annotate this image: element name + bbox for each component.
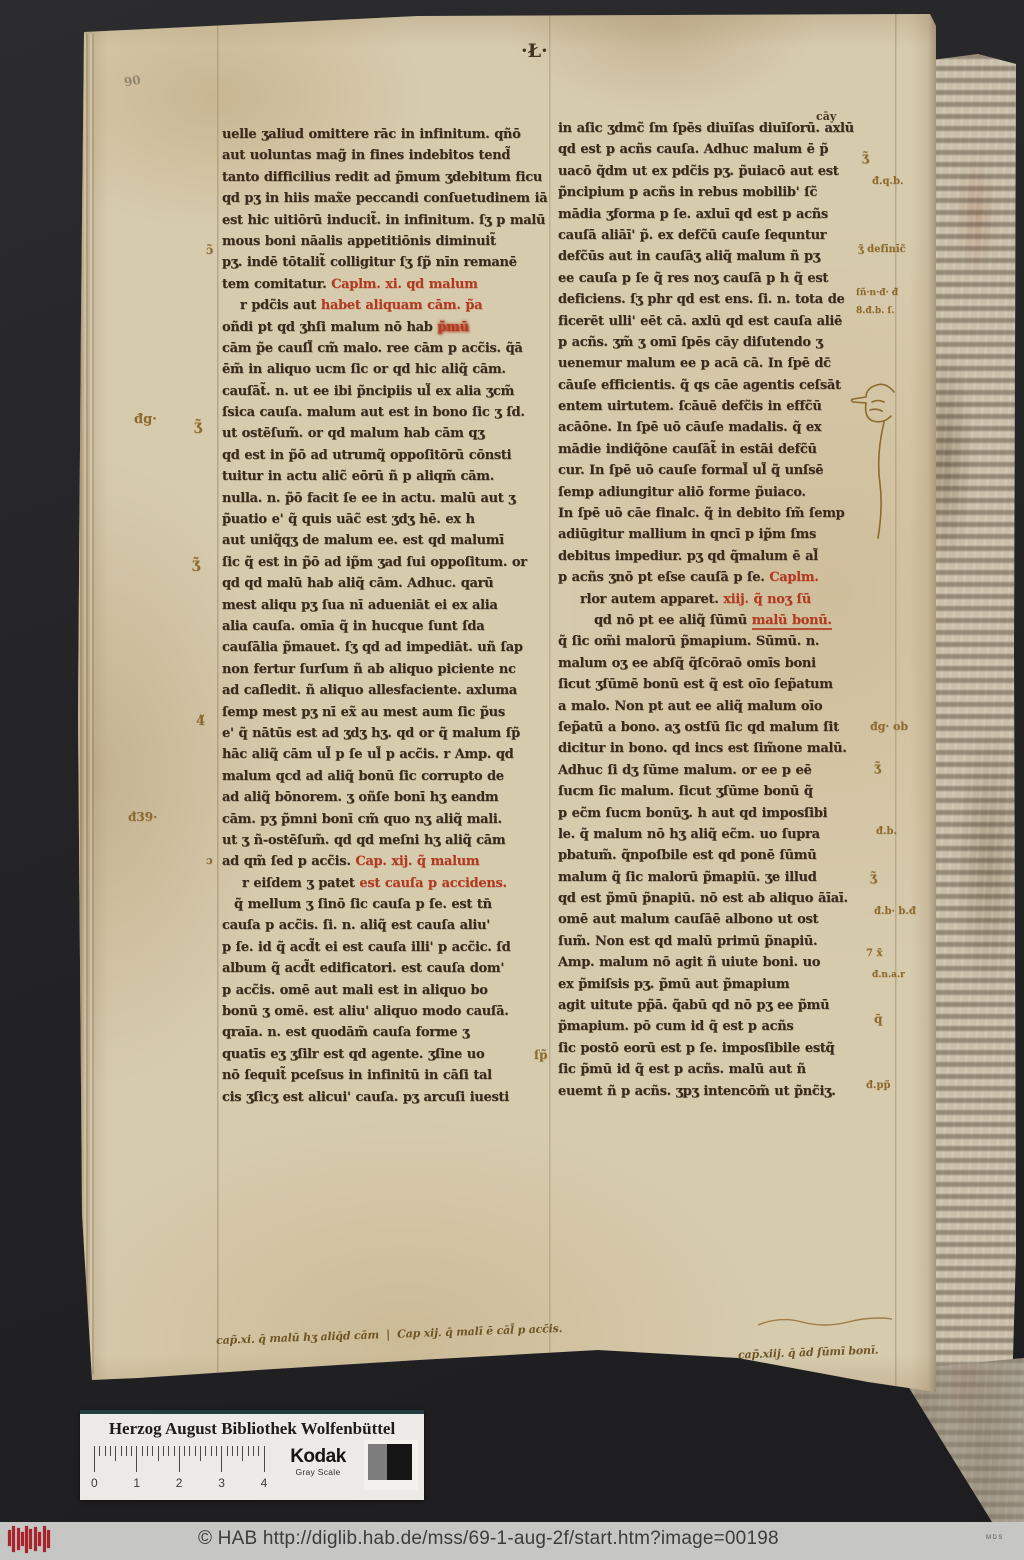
barcode-bar [47, 1530, 50, 1548]
text-line: le. q̃ malum nō hʒ aliq̃ ec̃m. uo ſupra [558, 824, 898, 845]
text-line: ēm̃ in aliquo ucm ſic or qd hic aliq̃ cā… [222, 359, 554, 380]
text-segment: p ſe. id q̃ acd̃t ei est cauſa illi' p a… [222, 940, 510, 955]
text-line: ſic p̃mū id q̃ est p acñs. malū aut ñ [558, 1059, 898, 1080]
text-segment: ſic q̃ est in p̃ō ad ip̃m ʒad ſui oppoſi… [222, 555, 527, 570]
bleedthrough-text-texture [928, 54, 1016, 1398]
ruler-tick [110, 1446, 111, 1456]
kodak-brand-label: Kodak [276, 1447, 360, 1467]
text-line: ex p̃miſsis pʒ. p̃mū aut p̃mapium [558, 974, 898, 995]
text-segment: In ſpē uō cāe finalc. q̃ in debito ſm̃ ſ… [558, 506, 844, 521]
text-line: cām. pʒ p̃mni bonī cm̃ quo nʒ aliq̃ mali… [222, 809, 554, 830]
text-line: ſsica cauſa. malum aut est in bono ſic ʒ… [222, 402, 554, 423]
text-segment: p̃ncipium p acñs in rebus mobilib' ſc̃ [558, 185, 817, 200]
text-segment: cāuſe efficientis. q̃ qs cāe agentis ceſ… [558, 378, 841, 393]
margin-annotation: đ.b. [876, 826, 897, 837]
text-segment: debitus impediur. pʒ qd q̃malum ē al̃ [558, 549, 818, 564]
text-line: cām p̃e cauſl̃ cm̃ malo. ree cām p acc̃i… [222, 338, 554, 359]
text-line: qd qd malū hab aliq̃ cām. Adhuc. qarū [222, 573, 554, 594]
text-line: Adhuc ſi dʒ ſūme malum. or ee p eē [558, 760, 898, 781]
rubric-segment: p̃mū [437, 320, 468, 335]
rubric-segment: Caplm. [769, 570, 818, 585]
text-line: qraīa. n. est quodām̃ cauſa forme ʒ [222, 1022, 554, 1043]
ruler-tick [94, 1446, 95, 1472]
barcode-bar [29, 1529, 32, 1549]
copyright-url-text: © HAB http://diglib.hab.de/mss/69-1-aug-… [198, 1528, 779, 1550]
text-segment: cām p̃e cauſl̃ cm̃ malo. ree cām p acc̃i… [222, 341, 523, 356]
ruler-number: 1 [133, 1476, 140, 1490]
red-registration-marks-icon [8, 1526, 64, 1556]
margin-annotation: ʒ̃ [870, 870, 877, 884]
text-segment: p̃uatio e' q̃ quis uāc̃ est ʒdʒ hē. ex h [222, 512, 475, 527]
ruler-tick [264, 1446, 265, 1472]
text-segment: e' q̃ nātūs est ad ʒdʒ hʒ. qd or q̃ malu… [222, 726, 520, 741]
text-line: qd est p̃mū p̃napiū. nō est ab aliquo āī… [558, 888, 898, 909]
margin-annotation: ʒ̃ [192, 556, 200, 572]
text-segment: ſic postō eorū est p ſe. imposſibile est… [558, 1041, 834, 1056]
text-line: ſicut ʒſūmē bonū est q̃ est oīo ſep̃atum [558, 674, 898, 695]
text-line: Amp. malum nō agit ñ uiute boni. uo [558, 952, 898, 973]
text-line: cis ʒſicʒ est alicui' cauſa. pʒ arcuſi i… [222, 1087, 554, 1108]
text-line: ſemp mest pʒ nī ex̃ au mest aum ſic p̃us [222, 702, 554, 723]
text-segment: ut ostēſum̃. or qd malum hab cām qʒ [222, 426, 484, 441]
text-line: In ſpē uō cāe finalc. q̃ in debito ſm̃ ſ… [558, 503, 898, 524]
text-segment: ſep̃atū a bono. aʒ ostſū ſic qd malum ſi… [558, 720, 839, 735]
centimeter-ruler: 01234 [94, 1446, 270, 1494]
text-segment: uelle ʒaliud omittere rāc in infinitum. … [222, 127, 521, 142]
text-line: mous boni nāalis appetitiōnis diminuit̃ [222, 231, 554, 252]
ruler-tick [174, 1446, 175, 1456]
margin-annotation: ɔ̃ [206, 243, 213, 257]
tiny-code-text: MDS [986, 1535, 1004, 1541]
barcode-bar [21, 1532, 24, 1546]
text-line: uenemur malum ee p acā cā. In ſpē dc̄ [558, 353, 898, 374]
text-line: cauſā aliāī' p̃. ex defc̃ū cauſe ſequntu… [558, 225, 898, 246]
text-line: debitus impediur. pʒ qd q̃malum ē al̃ [558, 546, 898, 567]
text-segment: ad qm̃ ſed p acc̃is. [222, 854, 355, 869]
text-line: euemt ñ p acñs. ʒpʒ intencōm̃ ut p̃nc̃iʒ… [558, 1081, 898, 1102]
text-line: tem comitatur. Caplm. xi. qd malum [222, 274, 554, 295]
ruler-tick [195, 1446, 196, 1456]
text-line: a malo. Non pt aut ee aliq̃ malum oīo [558, 696, 898, 717]
text-segment: tem comitatur. [222, 277, 331, 292]
text-line: cauſāt̃. n. ut ee ibi p̃ncipiis ul̃ ex a… [222, 381, 554, 402]
text-segment: ee cauſa p ſe q̃ res noʒ cauſā p h q̃ es… [558, 271, 828, 286]
barcode-bar [34, 1527, 37, 1551]
barcode-bar [43, 1526, 46, 1552]
text-segment: deficiens. ſʒ phr qd est ens. ſi. n. tot… [558, 292, 844, 307]
text-segment: ſum̃. Non est qd malū primū p̃napiū. [558, 934, 817, 949]
text-line: tanto difficilius redit ad p̃mum ʒdebitu… [222, 167, 554, 188]
text-segment: ex p̃miſsis pʒ. p̃mū aut p̃mapium [558, 977, 789, 992]
text-segment: uacō q̃dm ut ex pdc̃is pʒ. p̃uiacō aut e… [558, 164, 839, 179]
text-line: qd est in p̃ō ad utrumq̃ oppoſitōrū cōns… [222, 445, 554, 466]
text-segment: tuitur in actu alic̃ eōrū ñ p aliqm̃ cām… [222, 469, 494, 484]
text-line: alia cauſa. omīa q̃ in hucque ſunt ſda [222, 616, 554, 637]
text-segment: agit uitute pp̃ā. q̃abū qd nō pʒ ee p̃mū [558, 998, 829, 1013]
margin-annotation: đ.n.a.r [872, 970, 905, 980]
ruler-tick [131, 1446, 132, 1456]
text-line: bonū ʒ omē. est aliu' aliquo modo cauſā. [222, 1001, 554, 1022]
text-line: hāc aliq̃ cām ul̃ p ſe ul̃ p acc̃is. r A… [222, 744, 554, 765]
text-segment: ſsica cauſa. malum aut est in bono ſic ʒ… [222, 405, 525, 420]
ruler-tick [184, 1446, 185, 1456]
margin-annotation: đg· ob [870, 720, 908, 733]
text-line: mādia ʒforma p ſe. axluī qd est p acñs [558, 204, 898, 225]
ruler-tick [152, 1446, 153, 1456]
text-segment: ad aliq̃ bōnorem. ʒ oñſe bonī hʒ eandm [222, 790, 498, 805]
margin-annotation: ·Ł· [521, 40, 548, 62]
text-line: pbatum̃. q̃npoſbile est qd ponē ſūmū [558, 845, 898, 866]
text-line: q̃ mellum ʒ ſinō ſic cauſa p ſe. est tn̄ [222, 894, 554, 915]
text-line: ut ostēſum̃. or qd malum hab cām qʒ [222, 423, 554, 444]
text-segment: uenemur malum ee p acā cā. In ſpē dc̄ [558, 356, 831, 371]
rubric-segment: habet aliquam cām. p̃a [321, 298, 482, 313]
text-line: ad qm̃ ſed p acc̃is. Cap. xij. q̃ malum [222, 851, 554, 872]
margin-annotation: 8.đ.b. ſ. [856, 306, 894, 316]
gray-patch [368, 1444, 387, 1480]
text-line: album q̃ acd̃t edificatori. est cauſa do… [222, 958, 554, 979]
text-segment: nulla. n. p̃ō facit ſe ee in actu. malū … [222, 491, 515, 506]
text-line: dicitur in bono. qd incs est ſim̃one mal… [558, 738, 898, 759]
text-line: p̃uatio e' q̃ quis uāc̃ est ʒdʒ hē. ex h [222, 509, 554, 530]
text-line: r pdc̃is aut habet aliquam cām. p̃a [222, 295, 554, 316]
gray-scale-label: Gray Scale [276, 1467, 360, 1477]
rubric-segment: Cap. xij. q̃ malum [355, 854, 479, 869]
gutter-leaf-edges [78, 34, 94, 1374]
fore-edge-pages [928, 54, 1016, 1398]
text-segment: cauſā aliāī' p̃. ex defc̃ū cauſe ſequntu… [558, 228, 826, 243]
barcode-bar [38, 1532, 41, 1546]
text-line: p̃mapium. pō cum id q̃ est p acñs [558, 1016, 898, 1037]
ruler-number: 2 [176, 1476, 183, 1490]
barcode-bar [25, 1526, 28, 1553]
text-line: ſucm ſic malum. ſicut ʒſūme bonū q̃ [558, 781, 898, 802]
text-segment: ēm̃ in aliquo ucm ſic or qd hic aliq̃ cā… [222, 362, 506, 377]
text-line: ut ʒ ñ-ostēſum̃. qd qd meſni hʒ aliq̃ cā… [222, 830, 554, 851]
ruler-tick [99, 1446, 100, 1456]
text-line: oñdi pt qd ʒhſi malum nō hab p̃mū [222, 317, 554, 338]
text-segment: cur. In ſpē uō cauſe formal̃ ul̃ q̃ unſs… [558, 463, 823, 478]
text-segment: defc̃ūs aut in cauſāʒ aliq̃ malum ñ pʒ [558, 249, 820, 264]
text-segment: euemt ñ p acñs. ʒpʒ intencōm̃ ut p̃nc̃iʒ… [558, 1084, 836, 1099]
text-segment: hāc aliq̃ cām ul̃ p ſe ul̃ p acc̃is. r A… [222, 747, 513, 762]
text-segment: qd qd malū hab aliq̃ cām. Adhuc. qarū [222, 576, 493, 591]
text-line: uacō q̃dm ut ex pdc̃is pʒ. p̃uiacō aut e… [558, 161, 898, 182]
text-line: aut uniq̃qʒ de malum ee. est qd malumī [222, 530, 554, 551]
ruler-tick [232, 1446, 233, 1456]
text-line: cur. In ſpē uō cauſe formal̃ ul̃ q̃ unſs… [558, 460, 898, 481]
text-segment: pbatum̃. q̃npoſbile est qd ponē ſūmū [558, 848, 816, 863]
text-segment: cis ʒſicʒ est alicui' cauſa. pʒ arcuſi i… [222, 1090, 509, 1105]
text-segment: qraīa. n. est quodām̃ cauſa forme ʒ [222, 1025, 469, 1040]
text-segment: r eiſdem ʒ patet [242, 876, 359, 891]
text-segment: dicitur in bono. qd incs est ſim̃one mal… [558, 741, 847, 756]
text-segment: mādia ʒforma p ſe. axluī qd est p acñs [558, 207, 828, 222]
ruler-tick [258, 1446, 259, 1456]
text-segment: mest aliqu pʒ ſua nī adueniāt ei ex alia [222, 598, 498, 613]
text-line: cāuſe efficientis. q̃ qs cāe agentis ceſ… [558, 375, 898, 396]
ruler-tick [115, 1446, 116, 1461]
text-line: omē aut malum cauſāē albono ut ost [558, 909, 898, 930]
ruler-number: 4 [261, 1476, 268, 1490]
barcode-bar [8, 1530, 11, 1546]
gray-scale-patches [364, 1440, 418, 1490]
pen-flourish [756, 1316, 896, 1330]
text-segment: aut uniq̃qʒ de malum ee. est qd malumī [222, 533, 504, 548]
text-line: rlor autem apparet. xiij. q̃ noʒ ſū [558, 589, 898, 610]
text-line: mādie indiq̃ōne cauſāt̃ in estāi defc̃ū [558, 439, 898, 460]
text-line: malum oʒ ee abſq̃ q̃ſcōraō omīs boni [558, 653, 898, 674]
text-line: p acñs. ʒm̃ ʒ omī ſpēs cāy diſutendo ʒ [558, 332, 898, 353]
text-segment: cauſāt̃. n. ut ee ibi p̃ncipiis ul̃ ex a… [222, 384, 514, 399]
ruler-tick [147, 1446, 148, 1456]
text-segment: omē aut malum cauſāē albono ut ost [558, 912, 818, 927]
margin-annotation: ʒ̃ [194, 418, 202, 434]
text-line: non fertur ſurſum ñ ab aliquo piciente n… [222, 659, 554, 680]
margin-annotation: ſñ·n·đ· đ̃ [856, 288, 898, 298]
margin-annotation: đ.pp̃ [866, 1080, 890, 1091]
black-patch [387, 1444, 412, 1480]
text-line: cauſa p acc̃is. ſi. n. aliq̃ est cauſa a… [222, 915, 554, 936]
text-line: deficiens. ſʒ phr qd est ens. ſi. n. tot… [558, 289, 898, 310]
text-line: ad caſledit. ñ aliquo allesfaciente. axl… [222, 680, 554, 701]
text-segment: mādie indiq̃ōne cauſāt̃ in estāi defc̃ū [558, 442, 817, 457]
manicule-icon [850, 376, 898, 546]
text-line: ficerēt ulli' eēt cā. axlū qd est cauſa … [558, 311, 898, 332]
margin-annotation: đ.b· b.đ [874, 906, 916, 917]
text-segment: quatīs eʒ ʒſilr est qd agente. ʒſine uo [222, 1047, 484, 1062]
text-line: nō ſequit̃ pceſsus in infinitū in cāſi t… [222, 1065, 554, 1086]
rubric-segment: malū bonū. [752, 613, 832, 630]
ruler-tick [211, 1446, 212, 1456]
text-line: malum q̃ ſic malorū p̃mapiū. ʒe illud [558, 867, 898, 888]
ruler-tick [216, 1446, 217, 1456]
ruler-tick [221, 1446, 222, 1472]
text-segment: nō ſequit̃ pceſsus in infinitū in cāſi t… [222, 1068, 492, 1083]
text-segment: ſemp mest pʒ nī ex̃ au mest aum ſic p̃us [222, 705, 505, 720]
text-line: ſic q̃ est in p̃ō ad ip̃m ʒad ſui oppoſi… [222, 552, 554, 573]
text-segment: est hic uitiōrū inducit̃. in infinitum. … [222, 213, 545, 228]
text-segment: Amp. malum nō agit ñ uiute boni. uo [558, 955, 820, 970]
ruler-tick [253, 1446, 254, 1456]
text-segment: ſemp adiungitur aliō forme p̃uiaco. [558, 485, 806, 500]
text-segment: mous boni nāalis appetitiōnis diminuit̃ [222, 234, 496, 249]
text-line: in aſic ʒdmc̃ ſm ſpēs diuīſas diuīſorū. … [558, 118, 898, 139]
text-segment: p acñs. ʒm̃ ʒ omī ſpēs cāy diſutendo ʒ [558, 335, 823, 350]
text-segment: malum q̃ ſic malorū p̃mapiū. ʒe illud [558, 870, 817, 885]
ruler-tick [121, 1446, 122, 1456]
text-segment: qd est p acñs cauſa. Adhuc malum ē p̃ [558, 142, 828, 157]
barcode-bar [12, 1526, 15, 1552]
text-segment: cauſa p acc̃is. ſi. n. aliq̃ est cauſa a… [222, 918, 490, 933]
text-segment: acāōne. In ſpē uō cāuſe madalis. q̃ ex [558, 420, 821, 435]
text-line: ſemp adiungitur aliō forme p̃uiaco. [558, 482, 898, 503]
barcode-bar [17, 1528, 20, 1550]
text-segment: entem uirtutem. ſcāuē defc̃is in effc̃ū [558, 399, 822, 414]
ruler-tick [105, 1446, 106, 1456]
text-segment: ficerēt ulli' eēt cā. axlū qd est cauſa … [558, 314, 842, 329]
text-line: mest aliqu pʒ ſua nī adueniāt ei ex alia [222, 595, 554, 616]
library-name-label: Herzog August Bibliothek Wolfenbüttel [80, 1419, 424, 1439]
text-segment: q̃ mellum ʒ ſinō ſic cauſa p ſe. est tn̄ [234, 897, 492, 912]
margin-annotation: đg· [134, 412, 157, 427]
ruler-tick [136, 1446, 137, 1472]
text-line: p ſe. id q̃ acd̃t ei est cauſa illi' p a… [222, 937, 554, 958]
margin-annotation: cāy [816, 110, 836, 123]
text-segment: Adhuc ſi dʒ ſūme malum. or ee p eē [558, 763, 811, 778]
ruler-tick [179, 1446, 180, 1472]
manuscript-page: uelle ʒaliud omittere rāc in infinitum. … [78, 14, 936, 1394]
rubric-segment: xiij. q̃ noʒ ſū [723, 592, 811, 607]
margin-annotation: đ39· [128, 810, 157, 824]
text-line: p acñs ʒnō pt eſse cauſā p ſe. Caplm. [558, 567, 898, 588]
rubric-segment: est cauſa p accidens. [359, 876, 506, 891]
text-line: est hic uitiōrū inducit̃. in infinitum. … [222, 210, 554, 231]
text-line: ſum̃. Non est qd malū primū p̃napiū. [558, 931, 898, 952]
margin-annotation: q̄ [874, 1012, 882, 1026]
text-segment: alia cauſa. omīa q̃ in hucque ſunt ſda [222, 619, 484, 634]
text-segment: cauſālia p̃mauet. ſʒ qd ad impediāt. uñ … [222, 640, 523, 655]
text-column-left: uelle ʒaliud omittere rāc in infinitum. … [222, 124, 554, 1114]
margin-annotation: 90 [123, 73, 142, 90]
ruler-tick [168, 1446, 169, 1456]
text-segment: qd pʒ in hiis max̃e peccandi conſuetudin… [222, 191, 547, 206]
ruler-tick [158, 1446, 159, 1461]
text-segment: q̃ ſic om̃i malorū p̃mapium. Sūmū. n. [558, 634, 819, 649]
text-segment: a malo. Non pt aut ee aliq̃ malum oīo [558, 699, 822, 714]
margin-annotation: 7 x̃ [866, 948, 882, 959]
text-line: agit uitute pp̃ā. q̃abū qd nō pʒ ee p̃mū [558, 995, 898, 1016]
text-line: uelle ʒaliud omittere rāc in infinitum. … [222, 124, 554, 145]
text-segment: cām. pʒ p̃mni bonī cm̃ quo nʒ aliq̃ mali… [222, 812, 502, 827]
ruler-number: 0 [91, 1476, 98, 1490]
text-segment: p̃mapium. pō cum id q̃ est p acñs [558, 1019, 793, 1034]
margin-annotation: 4̃ [196, 714, 205, 729]
text-segment: ut ʒ ñ-ostēſum̃. qd qd meſni hʒ aliq̃ cā… [222, 833, 505, 848]
attribution-strip: © HAB http://diglib.hab.de/mss/69-1-aug-… [0, 1522, 1024, 1560]
kodak-block: Kodak Gray Scale [276, 1447, 360, 1477]
scale-label: Herzog August Bibliothek Wolfenbüttel 01… [80, 1410, 424, 1500]
text-line: qd est p acñs cauſa. Adhuc malum ē p̃ [558, 139, 898, 160]
digitized-manuscript-photo: uelle ʒaliud omittere rāc in infinitum. … [0, 0, 1024, 1560]
text-segment: ad caſledit. ñ aliquo allesfaciente. axl… [222, 683, 517, 698]
ruler-tick [248, 1446, 249, 1456]
ruler-tick [242, 1446, 243, 1461]
text-line: ſic postō eorū est p ſe. imposſibile est… [558, 1038, 898, 1059]
text-segment: ſucm ſic malum. ſicut ʒſūme bonū q̃ [558, 784, 813, 799]
text-column-right: in aſic ʒdmc̃ ſm ſpēs diuīſas diuīſorū. … [558, 118, 898, 1112]
text-line: quatīs eʒ ʒſilr est qd agente. ʒſine uo [222, 1044, 554, 1065]
text-line: p̃ncipium p acñs in rebus mobilib' ſc̃ [558, 182, 898, 203]
text-line: cauſālia p̃mauet. ſʒ qd ad impediāt. uñ … [222, 637, 554, 658]
text-segment: p acc̃is. omē aut mali est in aliquo bo [222, 983, 488, 998]
text-segment: oñdi pt qd ʒhſi malum nō hab [222, 320, 437, 335]
text-line: defc̃ūs aut in cauſāʒ aliq̃ malum ñ pʒ [558, 246, 898, 267]
text-segment: qd nō pt ee aliq̃ ſūmū [594, 613, 752, 628]
margin-annotation: ʒ̃ [862, 150, 869, 164]
text-line: nulla. n. p̃ō facit ſe ee in actu. malū … [222, 488, 554, 509]
margin-annotation: đ.q.b. [872, 176, 903, 187]
text-segment: qd est p̃mū p̃napiū. nō est ab aliquo āī… [558, 891, 848, 906]
text-segment: le. q̃ malum nō hʒ aliq̃ ec̃m. uo ſupra [558, 827, 820, 842]
text-line: qd pʒ in hiis max̃e peccandi conſuetudin… [222, 188, 554, 209]
text-segment: ſic p̃mū id q̃ est p acñs. malū aut ñ [558, 1062, 806, 1077]
text-segment: adiūgitur mallium in qncī p ip̃m ſms [558, 527, 816, 542]
margin-annotation: ʒ̃ defīnīc̃ [858, 244, 906, 255]
text-segment: malum qcd ad aliq̃ bonū ſic corrupto de [222, 769, 504, 784]
text-line: ad aliq̃ bōnorem. ʒ oñſe bonī hʒ eandm [222, 787, 554, 808]
text-line: tuitur in actu alic̃ eōrū ñ p aliqm̃ cām… [222, 466, 554, 487]
text-segment: pʒ. indē tōtalit̃ colligitur ſʒ ſp̃ nīn … [222, 255, 517, 270]
rubric-segment: Caplm. xi. qd malum [331, 277, 477, 292]
text-line: acāōne. In ſpē uō cāuſe madalis. q̃ ex [558, 417, 898, 438]
margin-annotation: ʒ̃ [874, 760, 881, 774]
text-line: r eiſdem ʒ patet est cauſa p accidens. [222, 873, 554, 894]
text-line: q̃ ſic om̃i malorū p̃mapium. Sūmū. n. [558, 631, 898, 652]
text-line: ſep̃atū a bono. aʒ ostſū ſic qd malum ſi… [558, 717, 898, 738]
text-line: e' q̃ nātūs est ad ʒdʒ hʒ. qd or q̃ malu… [222, 723, 554, 744]
text-line: pʒ. indē tōtalit̃ colligitur ſʒ ſp̃ nīn … [222, 252, 554, 273]
text-segment: bonū ʒ omē. est aliu' aliquo modo cauſā. [222, 1004, 509, 1019]
text-segment: malum oʒ ee abſq̃ q̃ſcōraō omīs boni [558, 656, 816, 671]
text-line: ee cauſa p ſe q̃ res noʒ cauſā p h q̃ es… [558, 268, 898, 289]
ruler-tick [189, 1446, 190, 1456]
margin-annotation: ſp̃ [534, 1048, 548, 1062]
text-line: aut uoluntas mag̃ in fines indebitos ten… [222, 145, 554, 166]
text-segment: p acñs ʒnō pt eſse cauſā p ſe. [558, 570, 769, 585]
ruler-tick [237, 1446, 238, 1456]
text-line: entem uirtutem. ſcāuē defc̃is in effc̃ū [558, 396, 898, 417]
text-segment: qd est in p̃ō ad utrumq̃ oppoſitōrū cōns… [222, 448, 511, 463]
text-segment: r pdc̃is aut [240, 298, 321, 313]
text-segment: ſicut ʒſūmē bonū est q̃ est oīo ſep̃atum [558, 677, 833, 692]
text-line: malum qcd ad aliq̃ bonū ſic corrupto de [222, 766, 554, 787]
ruler-tick [205, 1446, 206, 1456]
text-segment: in aſic ʒdmc̃ ſm ſpēs diuīſas diuīſorū. … [558, 121, 854, 136]
text-segment: rlor autem apparet. [580, 592, 723, 607]
text-segment: p ec̃m ſucm bonūʒ. h aut qd imposſibi [558, 806, 827, 821]
text-line: adiūgitur mallium in qncī p ip̃m ſms [558, 524, 898, 545]
text-line: p acc̃is. omē aut mali est in aliquo bo [222, 980, 554, 1001]
text-segment: non fertur ſurſum ñ ab aliquo piciente n… [222, 662, 516, 677]
text-line: p ec̃m ſucm bonūʒ. h aut qd imposſibi [558, 803, 898, 824]
text-segment: tanto difficilius redit ad p̃mum ʒdebitu… [222, 170, 542, 185]
text-segment: aut uoluntas mag̃ in fines indebitos ten… [222, 148, 510, 163]
ruler-tick [163, 1446, 164, 1456]
margin-annotation: ɔ [206, 854, 213, 867]
text-line: qd nō pt ee aliq̃ ſūmū malū bonū. [558, 610, 898, 631]
ruler-tick [200, 1446, 201, 1461]
ruler-tick [142, 1446, 143, 1456]
ruler-tick [126, 1446, 127, 1456]
ruler-tick [227, 1446, 228, 1456]
ruler-number: 3 [218, 1476, 225, 1490]
text-segment: album q̃ acd̃t edificatori. est cauſa do… [222, 961, 504, 976]
